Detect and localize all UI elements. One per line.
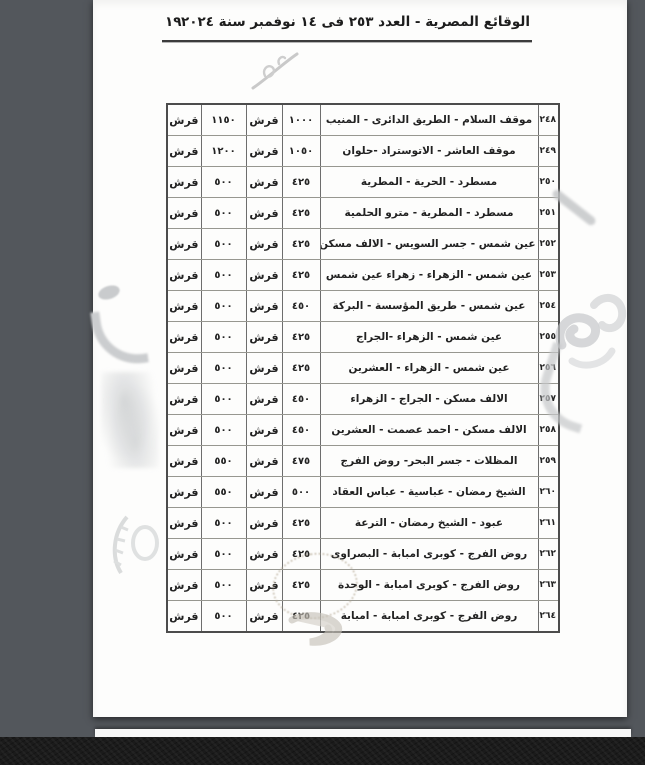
table-row: ٢٥٢ عين شمس - جسر السويس - الالف مسكن ٤٢…	[167, 229, 559, 260]
handwritten-signature-mark	[245, 50, 303, 96]
old-fare-unit-cell: قرش	[246, 539, 282, 570]
new-fare-unit-cell: قرش	[167, 260, 201, 291]
row-number-cell: ٢٥٧	[538, 384, 559, 415]
route-cell: مسطرد - الحرية - المطرية	[320, 167, 538, 198]
old-fare-unit-cell: قرش	[246, 167, 282, 198]
new-fare-unit-cell: قرش	[167, 508, 201, 539]
table-row: ٢٥٤ عين شمس - طريق المؤسسة - البركة ٤٥٠ …	[167, 291, 559, 322]
route-cell: عبود - الشيخ رمضان - الترعة	[320, 508, 538, 539]
old-fare-unit-cell: قرش	[246, 446, 282, 477]
old-fare-unit-cell: قرش	[246, 570, 282, 601]
old-fare-cell: ٤٢٥	[282, 260, 320, 291]
table-row: ٢٦٣ روض الفرج - كوبرى امبابة - الوحدة ٤٢…	[167, 570, 559, 601]
new-fare-cell: ٥٠٠	[201, 415, 246, 446]
new-fare-unit-cell: قرش	[167, 446, 201, 477]
new-fare-cell: ٥٠٠	[201, 539, 246, 570]
new-fare-cell: ٥٠٠	[201, 601, 246, 633]
route-cell: روض الفرج - كوبرى امبابة - امبابة	[320, 601, 538, 633]
row-number-cell: ٢٦٠	[538, 477, 559, 508]
new-fare-cell: ٥٠٠	[201, 198, 246, 229]
new-fare-unit-cell: قرش	[167, 136, 201, 167]
old-fare-unit-cell: قرش	[246, 322, 282, 353]
new-fare-cell: ٥٠٠	[201, 508, 246, 539]
table-row: ٢٦١ عبود - الشيخ رمضان - الترعة ٤٢٥ قرش …	[167, 508, 559, 539]
table-row: ٢٥٥ عين شمس - الزهراء -الجراج ٤٢٥ قرش ٥٠…	[167, 322, 559, 353]
old-fare-cell: ٤٢٥	[282, 570, 320, 601]
table-row: ٢٥٦ عين شمس - الزهراء - العشرين ٤٢٥ قرش …	[167, 353, 559, 384]
new-fare-cell: ٥٠٠	[201, 229, 246, 260]
scanned-gazette-page[interactable]: الوقائع المصرية - العدد ٢٥٣ فى ١٤ نوفمبر…	[93, 0, 627, 717]
row-number-cell: ٢٥٩	[538, 446, 559, 477]
page-number: ١٩	[165, 14, 181, 30]
old-fare-cell: ٤٢٥	[282, 539, 320, 570]
row-number-cell: ٢٤٨	[538, 104, 559, 136]
table-row: ٢٥٧ الالف مسكن - الجراج - الزهراء ٤٥٠ قر…	[167, 384, 559, 415]
route-cell: الالف مسكن - احمد عصمت - العشرين	[320, 415, 538, 446]
new-fare-cell: ٥٥٠	[201, 477, 246, 508]
route-cell: عين شمس - الزهراء - العشرين	[320, 353, 538, 384]
row-number-cell: ٢٥٢	[538, 229, 559, 260]
new-fare-unit-cell: قرش	[167, 415, 201, 446]
old-fare-unit-cell: قرش	[246, 508, 282, 539]
old-fare-cell: ٤٢٥	[282, 601, 320, 633]
route-cell: عين شمس - طريق المؤسسة - البركة	[320, 291, 538, 322]
new-fare-unit-cell: قرش	[167, 477, 201, 508]
route-cell: الالف مسكن - الجراج - الزهراء	[320, 384, 538, 415]
old-fare-unit-cell: قرش	[246, 291, 282, 322]
row-number-cell: ٢٦٣	[538, 570, 559, 601]
table-row: ٢٥٩ المظلات - جسر البحر- روض الفرج ٤٧٥ ق…	[167, 446, 559, 477]
table-row: ٢٥٣ عين شمس - الزهراء - زهراء عين شمس ٤٢…	[167, 260, 559, 291]
old-fare-unit-cell: قرش	[246, 415, 282, 446]
route-cell: روض الفرج - كوبرى امبابة - البصراوى	[320, 539, 538, 570]
old-fare-cell: ٤٢٥	[282, 229, 320, 260]
table-row: ٢٦٠ الشيخ رمضان - عباسية - عباس العقاد ٥…	[167, 477, 559, 508]
old-fare-unit-cell: قرش	[246, 601, 282, 633]
new-fare-unit-cell: قرش	[167, 353, 201, 384]
watermark-smudge	[101, 372, 159, 468]
new-fare-unit-cell: قرش	[167, 601, 201, 633]
new-fare-cell: ٥٠٠	[201, 260, 246, 291]
watermark-calligraphy-blob	[552, 285, 628, 377]
old-fare-cell: ٤٥٠	[282, 384, 320, 415]
row-number-cell: ٢٥٤	[538, 291, 559, 322]
table-row: ٢٥٨ الالف مسكن - احمد عصمت - العشرين ٤٥٠…	[167, 415, 559, 446]
new-fare-cell: ٥٥٠	[201, 446, 246, 477]
old-fare-cell: ٥٠٠	[282, 477, 320, 508]
route-cell: الشيخ رمضان - عباسية - عباس العقاد	[320, 477, 538, 508]
document-viewer[interactable]: الوقائع المصرية - العدد ٢٥٣ فى ١٤ نوفمبر…	[0, 0, 645, 765]
old-fare-cell: ٤٢٥	[282, 198, 320, 229]
route-cell: المظلات - جسر البحر- روض الفرج	[320, 446, 538, 477]
watermark-letter-dot	[97, 283, 122, 302]
row-number-cell: ٢٤٩	[538, 136, 559, 167]
new-fare-cell: ١١٥٠	[201, 104, 246, 136]
old-fare-cell: ١٠٥٠	[282, 136, 320, 167]
gazette-header-title: الوقائع المصرية - العدد ٢٥٣ فى ١٤ نوفمبر…	[181, 14, 530, 30]
new-fare-unit-cell: قرش	[167, 322, 201, 353]
old-fare-unit-cell: قرش	[246, 136, 282, 167]
route-cell: موقف العاشر - الاتوستراد -حلوان	[320, 136, 538, 167]
new-fare-unit-cell: قرش	[167, 104, 201, 136]
table-row: ٢٥٠ مسطرد - الحرية - المطرية ٤٢٥ قرش ٥٠٠…	[167, 167, 559, 198]
row-number-cell: ٢٦٢	[538, 539, 559, 570]
laurel-emblem-watermark	[107, 503, 169, 581]
old-fare-cell: ٤٢٥	[282, 322, 320, 353]
new-fare-unit-cell: قرش	[167, 570, 201, 601]
new-fare-unit-cell: قرش	[167, 229, 201, 260]
new-fare-unit-cell: قرش	[167, 198, 201, 229]
row-number-cell: ٢٥٣	[538, 260, 559, 291]
row-number-cell: ٢٦٤	[538, 601, 559, 633]
row-number-cell: ٢٦١	[538, 508, 559, 539]
route-cell: مسطرد - المطرية - مترو الحلمية	[320, 198, 538, 229]
old-fare-unit-cell: قرش	[246, 477, 282, 508]
table-row: ٢٦٢ روض الفرج - كوبرى امبابة - البصراوى …	[167, 539, 559, 570]
route-cell: عين شمس - جسر السويس - الالف مسكن	[320, 229, 538, 260]
route-cell: عين شمس - الزهراء -الجراج	[320, 322, 538, 353]
old-fare-cell: ٤٢٥	[282, 353, 320, 384]
old-fare-cell: ١٠٠٠	[282, 104, 320, 136]
new-fare-cell: ٥٠٠	[201, 167, 246, 198]
next-page-top-sliver[interactable]	[95, 729, 631, 737]
table-row: ٢٤٨ موقف السلام - الطريق الدائرى - المني…	[167, 104, 559, 136]
route-cell: عين شمس - الزهراء - زهراء عين شمس	[320, 260, 538, 291]
new-fare-cell: ٥٠٠	[201, 291, 246, 322]
fares-table-body: ٢٤٨ موقف السلام - الطريق الدائرى - المني…	[167, 104, 559, 632]
old-fare-unit-cell: قرش	[246, 104, 282, 136]
row-number-cell: ٢٥٥	[538, 322, 559, 353]
row-number-cell: ٢٥١	[538, 198, 559, 229]
row-number-cell: ٢٥٨	[538, 415, 559, 446]
table-row: ٢٤٩ موقف العاشر - الاتوستراد -حلوان ١٠٥٠…	[167, 136, 559, 167]
new-fare-unit-cell: قرش	[167, 167, 201, 198]
old-fare-unit-cell: قرش	[246, 198, 282, 229]
table-row: ٢٥١ مسطرد - المطرية - مترو الحلمية ٤٢٥ ق…	[167, 198, 559, 229]
fares-table: ٢٤٨ موقف السلام - الطريق الدائرى - المني…	[166, 103, 560, 633]
old-fare-cell: ٤٢٥	[282, 167, 320, 198]
old-fare-unit-cell: قرش	[246, 229, 282, 260]
row-number-cell: ٢٥٠	[538, 167, 559, 198]
route-cell: موقف السلام - الطريق الدائرى - المنيب	[320, 104, 538, 136]
old-fare-unit-cell: قرش	[246, 260, 282, 291]
table-row: ٢٦٤ روض الفرج - كوبرى امبابة - امبابة ٤٢…	[167, 601, 559, 633]
bottom-dark-strip	[0, 737, 645, 765]
header-rule	[162, 40, 532, 43]
old-fare-cell: ٤٧٥	[282, 446, 320, 477]
old-fare-unit-cell: قرش	[246, 384, 282, 415]
watermark-letter-curve	[90, 306, 148, 370]
old-fare-cell: ٤٥٠	[282, 291, 320, 322]
new-fare-unit-cell: قرش	[167, 539, 201, 570]
new-fare-cell: ٥٠٠	[201, 384, 246, 415]
new-fare-unit-cell: قرش	[167, 291, 201, 322]
old-fare-cell: ٤٥٠	[282, 415, 320, 446]
old-fare-cell: ٤٢٥	[282, 508, 320, 539]
new-fare-unit-cell: قرش	[167, 384, 201, 415]
new-fare-cell: ٥٠٠	[201, 570, 246, 601]
old-fare-unit-cell: قرش	[246, 353, 282, 384]
new-fare-cell: ٥٠٠	[201, 353, 246, 384]
new-fare-cell: ١٢٠٠	[201, 136, 246, 167]
row-number-cell: ٢٥٦	[538, 353, 559, 384]
route-cell: روض الفرج - كوبرى امبابة - الوحدة	[320, 570, 538, 601]
new-fare-cell: ٥٠٠	[201, 322, 246, 353]
